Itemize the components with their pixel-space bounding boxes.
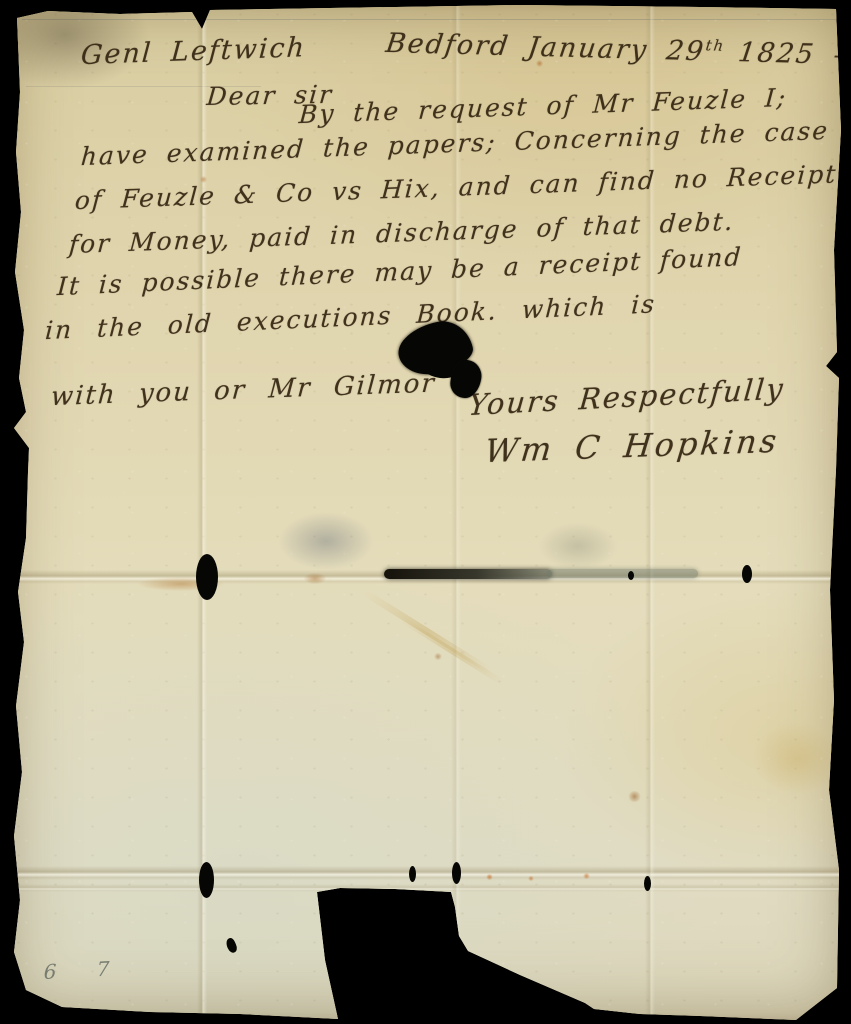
foxing-dot-1 bbox=[628, 791, 641, 802]
fold-hole-small bbox=[628, 571, 634, 580]
fold-hole-large bbox=[196, 554, 218, 600]
horizontal-fold-crease-bottom bbox=[0, 866, 851, 880]
ruled-line-top bbox=[22, 19, 837, 20]
bottom-fold-hole-2 bbox=[409, 866, 416, 882]
recipient-line: Genl Leftwich bbox=[80, 32, 307, 71]
date-ordinal-suffix: th bbox=[705, 36, 727, 54]
horizontal-fold-crease-bottom-ridge bbox=[0, 884, 851, 892]
fold-hole-right bbox=[742, 565, 752, 583]
bottom-fold-hole-diamond bbox=[199, 862, 214, 898]
signature-line: Wm C Hopkins bbox=[483, 422, 781, 470]
dark-ink-smear-fold bbox=[384, 569, 552, 579]
place-date-text: Bedford January 29 bbox=[384, 28, 707, 67]
yellow-stain-right-edge bbox=[752, 722, 842, 796]
bottom-fold-hole-4 bbox=[644, 876, 651, 891]
letter-paper: Genl Leftwich Bedford January 29th1825 –… bbox=[0, 0, 851, 1024]
closing-line: Yours Respectfully bbox=[467, 371, 786, 422]
vertical-fold-crease-right bbox=[645, 0, 655, 1024]
body-line-6: in the old executions Book. which is bbox=[44, 289, 657, 345]
gray-smudge-stain bbox=[538, 522, 618, 570]
pencil-note: 6 7 bbox=[44, 956, 112, 984]
bottom-fold-hole-3 bbox=[452, 862, 461, 884]
gray-smear-fold bbox=[548, 569, 698, 578]
small-tear-mark bbox=[224, 937, 238, 954]
scanned-letter-background: Genl Leftwich Bedford January 29th1825 –… bbox=[0, 0, 851, 1024]
ink-smudge-stain bbox=[278, 512, 374, 570]
foxing-dot-2 bbox=[434, 653, 442, 660]
body-line-7: with you or Mr Gilmor bbox=[50, 369, 437, 413]
date-year: 1825 – bbox=[736, 37, 851, 71]
